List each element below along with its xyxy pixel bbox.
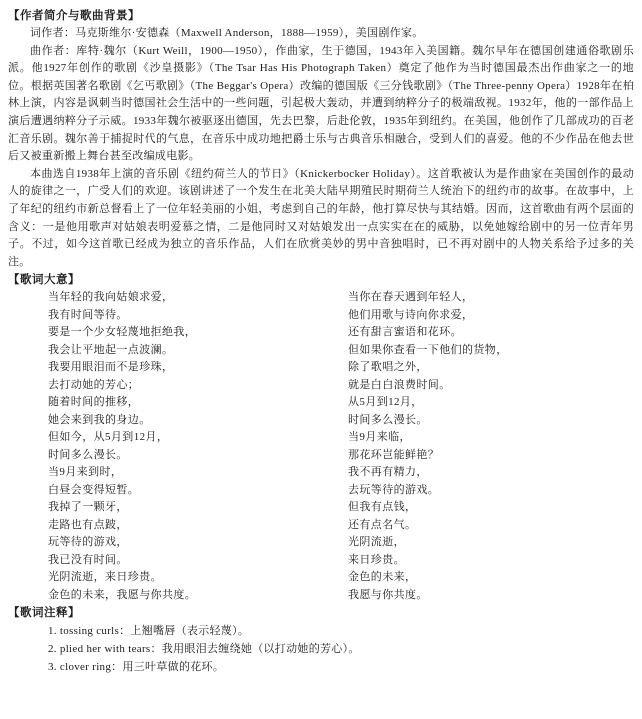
lyrics-right-column: 当你在春天遇到年轻人，他们用歌与诗向你求爱，还有甜言蜜语和花环。但如果你查看一下… [348,289,634,604]
lyric-line: 就是白白浪费时间。 [348,377,634,395]
note-item: 1. tossing curls：上翘嘴唇（表示轻蔑）。 [8,622,634,640]
lyric-line: 我有时间等待。 [48,307,348,325]
section-heading-lyrics-notes: 【歌词注释】 [8,604,634,622]
lyric-line: 当9月来临， [348,429,634,447]
lyric-line: 当你在春天遇到年轻人， [348,289,634,307]
lyric-line: 我掉了一颗牙， [48,499,348,517]
note-item: 3. clover ring：用三叶草做的花环。 [8,658,634,676]
lyric-line: 他们用歌与诗向你求爱， [348,307,634,325]
note-item: 2. plied her with tears：我用眼泪去缠绕她（以打动她的芳心… [8,640,634,658]
lyric-line: 我愿与你共度。 [348,587,634,605]
lyric-line: 走路也有点跛， [48,517,348,535]
document-page: 【作者简介与歌曲背景】 词作者：马克斯维尔·安德森（Maxwell Anders… [0,0,642,719]
lyric-line: 我不再有精力， [348,464,634,482]
lyric-line: 时间多么漫长。 [48,447,348,465]
lyric-line: 她会来到我的身边。 [48,412,348,430]
lyric-line: 要是一个少女轻蔑地拒绝我， [48,324,348,342]
lyrics-notes-list: 1. tossing curls：上翘嘴唇（表示轻蔑）。2. plied her… [8,622,634,676]
lyric-line: 但我有点钱， [348,499,634,517]
intro-paragraph: 词作者：马克斯维尔·安德森（Maxwell Anderson，1888—1959… [8,25,634,43]
lyrics-two-columns: 当年轻的我向姑娘求爱，我有时间等待。要是一个少女轻蔑地拒绝我，我会让平地起一点波… [8,289,634,604]
author-background-paragraphs: 词作者：马克斯维尔·安德森（Maxwell Anderson，1888—1959… [8,25,634,271]
lyric-line: 玩等待的游戏， [48,534,348,552]
lyric-line: 除了歌唱之外， [348,359,634,377]
lyric-line: 我会让平地起一点波澜。 [48,342,348,360]
lyric-line: 金色的未来，我愿与你共度。 [48,587,348,605]
lyric-line: 当9月来到时， [48,464,348,482]
lyric-line: 那花环岂能鲜艳？ [348,447,634,465]
lyric-line: 但如今，从5月到12月， [48,429,348,447]
lyric-line: 还有点名气。 [348,517,634,535]
lyric-line: 我要用眼泪而不是珍珠， [48,359,348,377]
lyric-line: 随着时间的推移， [48,394,348,412]
lyric-line: 时间多么漫长。 [348,412,634,430]
lyric-line: 当年轻的我向姑娘求爱， [48,289,348,307]
lyric-line: 我已没有时间。 [48,552,348,570]
lyric-line: 白昼会变得短暂。 [48,482,348,500]
intro-paragraph: 本曲选自1938年上演的音乐剧《纽约荷兰人的节日》（Knickerbocker … [8,166,634,272]
lyrics-left-column: 当年轻的我向姑娘求爱，我有时间等待。要是一个少女轻蔑地拒绝我，我会让平地起一点波… [8,289,348,604]
lyric-line: 光阴流逝，来日珍贵。 [48,569,348,587]
lyric-line: 还有甜言蜜语和花环。 [348,324,634,342]
lyric-line: 金色的未来， [348,569,634,587]
lyric-line: 光阴流逝， [348,534,634,552]
intro-paragraph: 曲作者：库特·魏尔（Kurt Weill，1900—1950），作曲家，生于德国… [8,43,634,166]
lyric-line: 来日珍贵。 [348,552,634,570]
lyric-line: 去玩等待的游戏。 [348,482,634,500]
section-heading-author-background: 【作者简介与歌曲背景】 [8,7,634,25]
lyric-line: 但如果你查看一下他们的货物， [348,342,634,360]
lyric-line: 从5月到12月， [348,394,634,412]
section-heading-lyrics-summary: 【歌词大意】 [8,271,634,289]
lyric-line: 去打动她的芳心； [48,377,348,395]
